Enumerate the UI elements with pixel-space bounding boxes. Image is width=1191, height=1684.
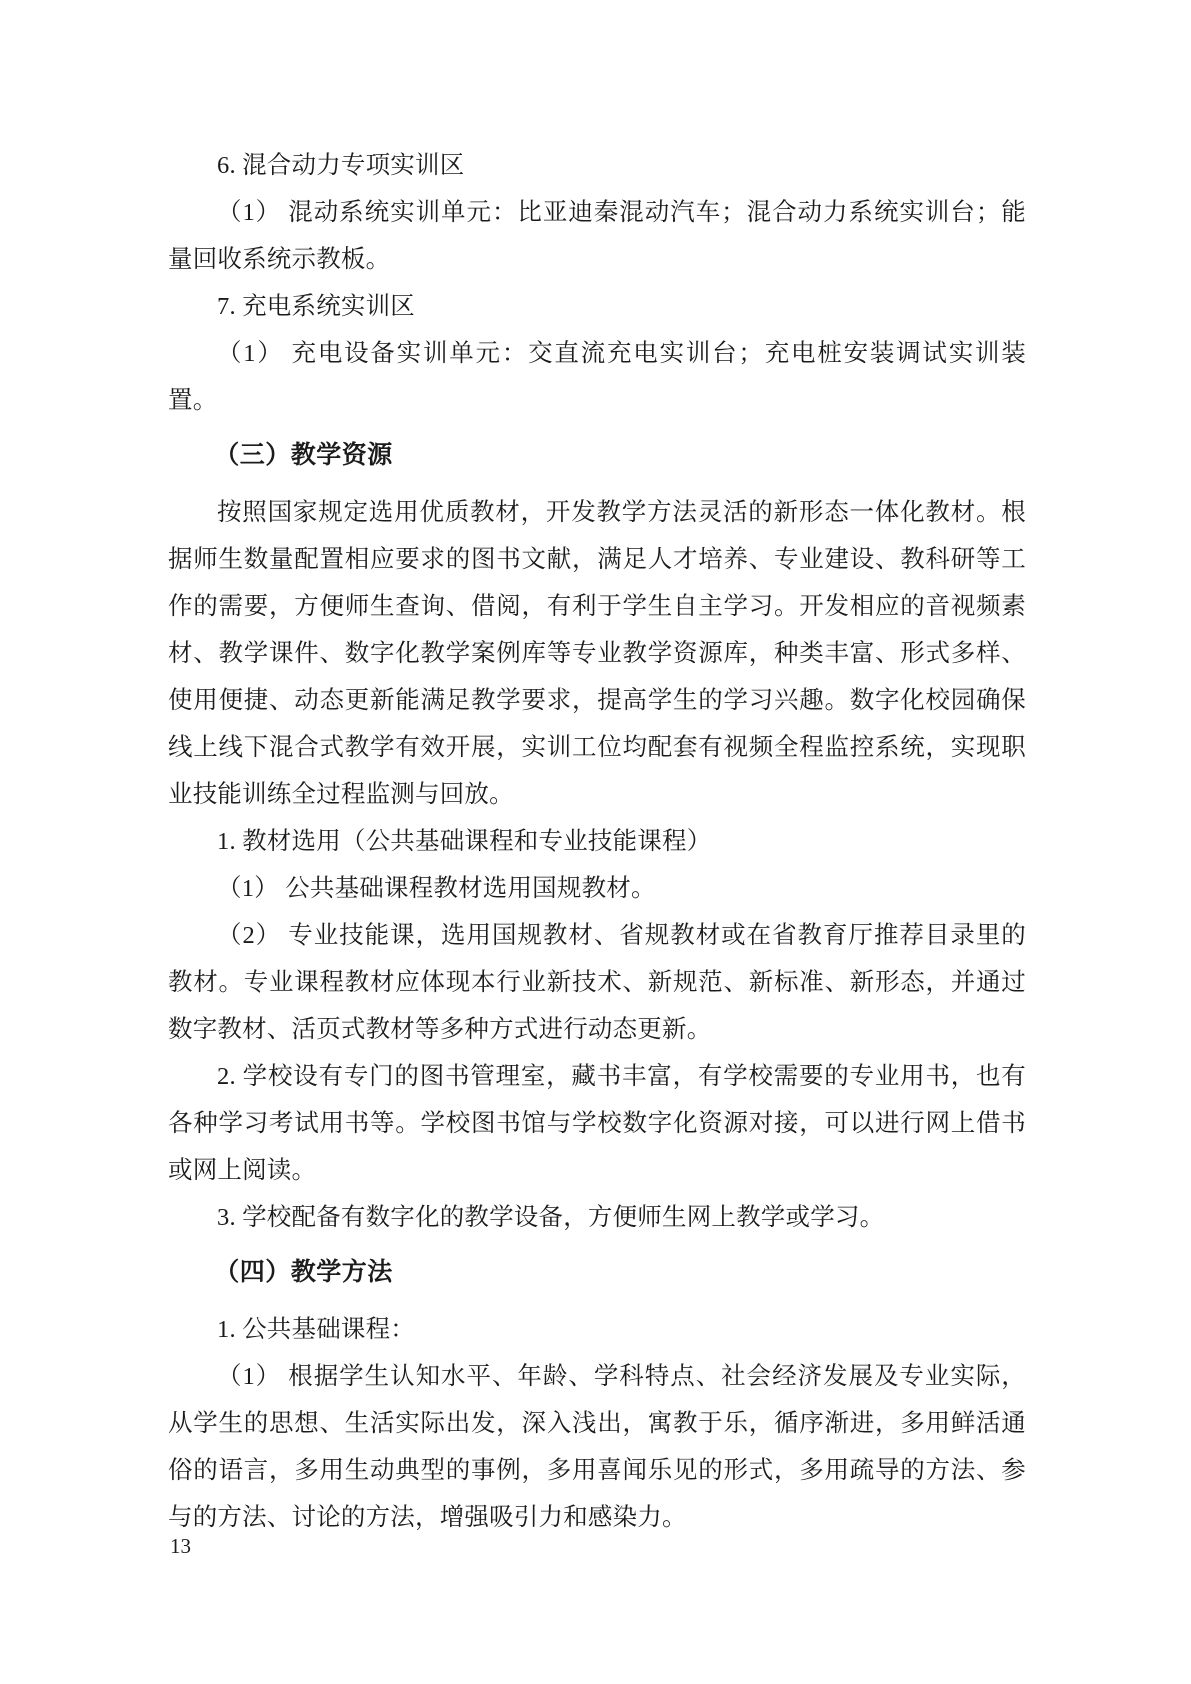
paragraph-teaching-resources-overview: 按照国家规定选用优质教材，开发教学方法灵活的新形态一体化教材。根据师生数量配置相… [168, 489, 1026, 818]
list-item-digital-teaching-equipment: 3. 学校配备有数字化的教学设备，方便师生网上教学或学习。 [168, 1194, 1026, 1241]
list-item-charging-system-training-area: 7. 充电系统实训区 [168, 283, 1026, 330]
list-item-hybrid-system-training-unit: （1） 混动系统实训单元：比亚迪秦混动汽车；混合动力系统实训台；能量回收系统示教… [168, 189, 1026, 283]
list-item-teaching-approach-detail: （1） 根据学生认知水平、年龄、学科特点、社会经济发展及专业实际，从学生的思想、… [168, 1353, 1026, 1541]
document-content: 6. 混合动力专项实训区 （1） 混动系统实训单元：比亚迪秦混动汽车；混合动力系… [168, 142, 1026, 1541]
list-item-textbook-selection: 1. 教材选用（公共基础课程和专业技能课程） [168, 818, 1026, 865]
section-heading-teaching-resources: （三）教学资源 [168, 432, 1026, 479]
document-page: 6. 混合动力专项实训区 （1） 混动系统实训单元：比亚迪秦混动汽车；混合动力系… [0, 0, 1191, 1684]
list-item-professional-skill-textbooks: （2） 专业技能课，选用国规教材、省规教材或在省教育厅推荐目录里的教材。专业课程… [168, 912, 1026, 1053]
list-item-public-basic-courses: 1. 公共基础课程： [168, 1306, 1026, 1353]
list-item-library-resources: 2. 学校设有专门的图书管理室，藏书丰富，有学校需要的专业用书，也有各种学习考试… [168, 1053, 1026, 1194]
list-item-charging-equipment-training-unit: （1） 充电设备实训单元：交直流充电实训台；充电桩安装调试实训装置。 [168, 330, 1026, 424]
list-item-public-basic-textbooks: （1） 公共基础课程教材选用国规教材。 [168, 865, 1026, 912]
page-number: 13 [170, 1533, 191, 1559]
list-item-hybrid-power-training-area: 6. 混合动力专项实训区 [168, 142, 1026, 189]
section-heading-teaching-methods: （四）教学方法 [168, 1249, 1026, 1296]
